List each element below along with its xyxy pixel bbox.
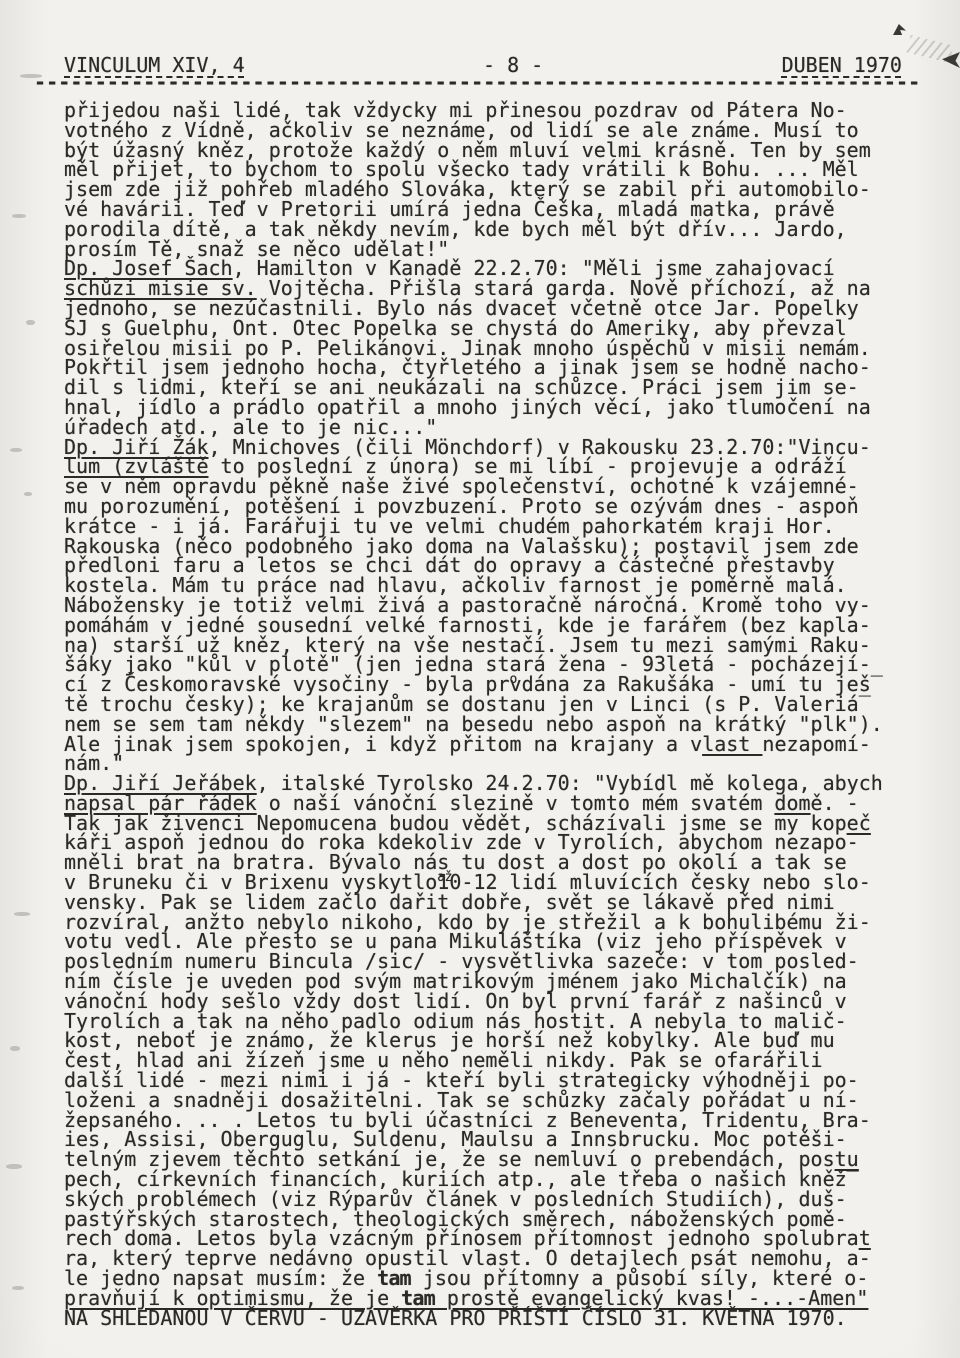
header-rule: ----------------------------------------… xyxy=(34,76,934,89)
scan-speckle xyxy=(6,1164,22,1169)
scan-speckle xyxy=(10,1046,20,1051)
issue-date: DUBEN 1970 xyxy=(782,54,902,76)
scan-speckle xyxy=(12,1286,24,1290)
scan-speckle xyxy=(24,492,32,496)
text-segment: nezapomí- xyxy=(762,732,870,756)
scan-speckle xyxy=(12,214,26,218)
footer-line: NA SHLEDANOU V ČERVU - UZÁVĚRKA PRO PŘÍŠ… xyxy=(64,1309,960,1329)
text-segment: Ale jinak jsem spokojen, i když přitom n… xyxy=(64,732,702,756)
scan-speckle xyxy=(14,912,30,916)
page-header: VINCULUM XIV, 4 - 8 - DUBEN 1970 xyxy=(64,0,902,76)
text-segment: NA SHLEDANOU V ČERVU - UZÁVĚRKA PRO PŘÍŠ… xyxy=(64,1306,847,1330)
page-number: - 8 - xyxy=(483,54,543,76)
document-body: přijedou naši lidé, tak vždycky mi přine… xyxy=(64,101,960,1328)
newsletter-title: VINCULUM XIV, 4 xyxy=(64,54,245,76)
scan-speckle xyxy=(26,320,35,325)
text-line: Ale jinak jsem spokojen, i když přitom n… xyxy=(64,735,960,755)
scan-speckle xyxy=(10,448,22,452)
document-page: VINCULUM XIV, 4 - 8 - DUBEN 1970 -------… xyxy=(0,0,960,1358)
text-segment: last xyxy=(702,732,762,756)
scan-speckle xyxy=(20,74,42,78)
